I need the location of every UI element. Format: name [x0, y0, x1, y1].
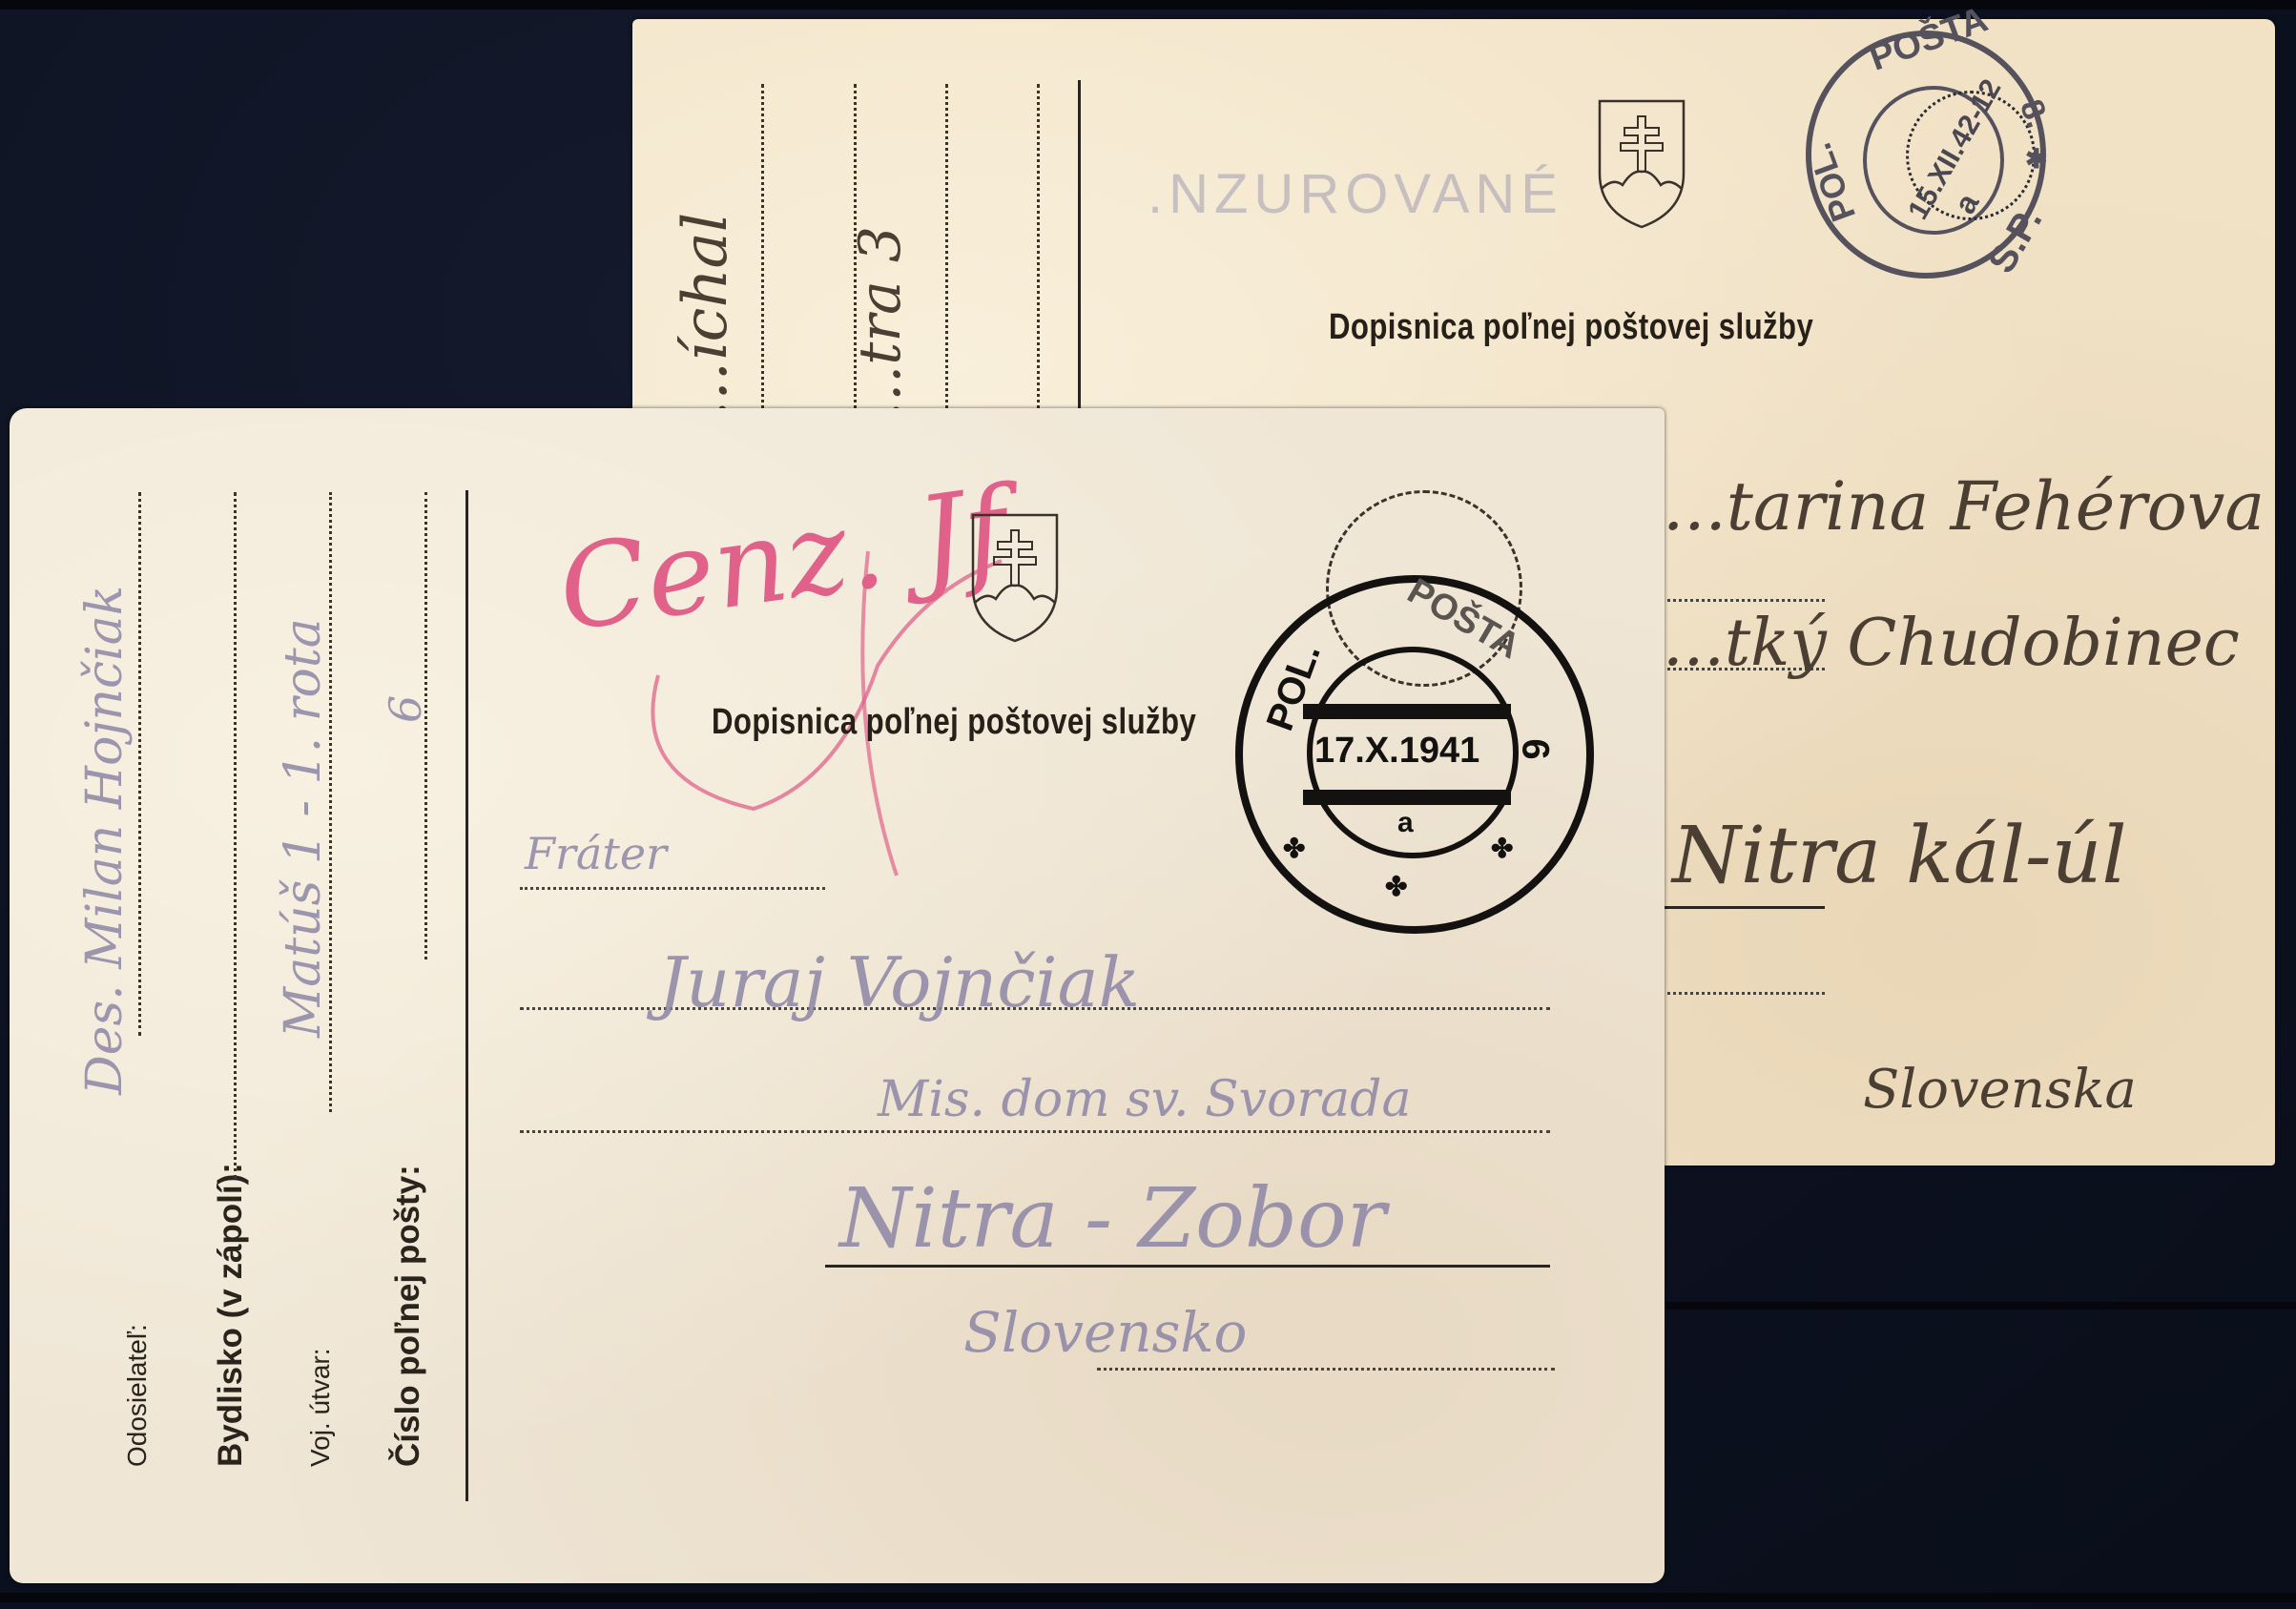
postmark-right-text: 6 [1514, 738, 1557, 759]
sender-name-handwriting: Des. Milan Hojnčiak [76, 586, 134, 1095]
address-line-1: ...tarina Fehérova [1663, 467, 2265, 546]
postmark-ornament: ✤ [1491, 833, 1513, 864]
sender-label-bydlisko: Bydlisko (v zápolí): [212, 1163, 250, 1467]
sender-line [234, 492, 237, 1179]
sender-handwriting: ...íchal [671, 213, 741, 420]
front-postcard: Odosielateľ: Bydlisko (v zápolí): Voj. ú… [10, 408, 1665, 1583]
address-name: Juraj Vojnčiak [658, 942, 1140, 1022]
sender-handwriting: ...tra 3 [847, 226, 914, 420]
sender-unit-handwriting: Matúš 1 - 1. rota [275, 618, 332, 1038]
coat-of-arms-icon [969, 511, 1061, 645]
address-city: Nitra - Zobor [839, 1171, 1386, 1267]
divider-line [465, 490, 468, 1501]
address-line-3: Nitra kál-úl [1672, 811, 2127, 901]
sender-label-voj-utvar: Voj. útvar: [305, 1348, 336, 1467]
album-strip-mid [1665, 1302, 2296, 1310]
postmark-star: ✱ [2025, 143, 2047, 175]
censor-mark: .NZUROVANÉ [1148, 162, 1563, 226]
postcard-title: Dopisnica poľnej poštovej služby [1329, 307, 1813, 348]
postmark-letter: a [1397, 807, 1414, 839]
postcard-title: Dopisnica poľnej poštovej služby [712, 702, 1196, 743]
sender-label-odosielatel: Odosielateľ: [122, 1324, 153, 1467]
sender-line [424, 492, 427, 959]
postmark-bar [1303, 704, 1511, 719]
sender-line [1037, 84, 1040, 422]
sender-label-cislo-posty: Číslo poľnej pošty: [389, 1165, 427, 1467]
postmark-date: 17.X.1941 [1314, 731, 1479, 772]
address-line [520, 1130, 1550, 1133]
sender-line [761, 84, 764, 422]
address-title: Fráter [525, 828, 667, 879]
postmark-ornament: ✤ [1385, 871, 1407, 902]
address-street: Mis. dom sv. Svorada [878, 1071, 1411, 1128]
album-strip-bottom [0, 1593, 2296, 1602]
address-line-2: ...tký Chudobinec [1663, 606, 2240, 681]
postmark-bar [1303, 790, 1511, 805]
sender-line [945, 84, 948, 422]
divider-line [1078, 80, 1081, 422]
coat-of-arms-icon [1596, 97, 1687, 231]
address-country: Slovensko [963, 1300, 1247, 1365]
album-strip-top [0, 0, 2296, 10]
address-line [1097, 1368, 1555, 1371]
address-line [520, 887, 825, 890]
sender-post-number-handwriting: 6 [380, 695, 431, 723]
sender-line [138, 492, 141, 1036]
postmark-ornament: ✤ [1283, 833, 1305, 864]
address-line-country: Slovenska [1863, 1059, 2137, 1121]
